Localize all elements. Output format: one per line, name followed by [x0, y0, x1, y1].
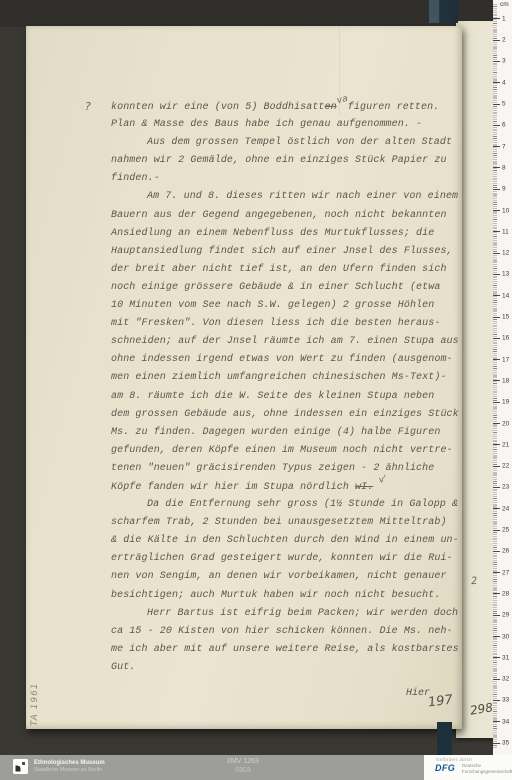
ruler-cm-tick	[493, 466, 500, 467]
ruler-cm-label: 3	[502, 58, 512, 65]
ruler-cm-tick	[493, 359, 500, 360]
typed-text: figuren retten.	[348, 102, 440, 113]
typed-line: ca 15 - 20 Kisten von hier schicken könn…	[111, 623, 463, 641]
typed-line: Hauptansiedlung findet sich auf einer Jn…	[111, 243, 463, 261]
ruler-cm-tick	[493, 380, 500, 381]
ruler-cm-tick	[493, 423, 500, 424]
ruler-cm-tick	[493, 317, 500, 318]
typed-line: erträglichen Grad gesteigert wurde, konn…	[111, 550, 463, 568]
binding-strip-bottom	[437, 722, 452, 756]
ruler-cm-tick	[493, 530, 500, 531]
scan-viewport: ? konnten wir eine (von 5) Boddhisattenv…	[0, 0, 512, 780]
typed-line: am 8. räumte ich die W. Seite des kleine…	[111, 388, 463, 406]
ruler-cm-tick	[493, 487, 500, 488]
funding-pretext: Gefördert durch	[436, 757, 472, 762]
ruler-cm-tick	[493, 274, 500, 275]
typed-line: dem grossen Gebäude aus, ohne indessen e…	[111, 406, 463, 424]
image-number: 0303	[0, 767, 486, 774]
ruler-cm-tick	[493, 231, 500, 232]
shelfmark: I/MV 1263	[0, 758, 486, 765]
ruler-cm-tick	[493, 721, 500, 722]
ruler-cm-label: 11	[502, 228, 512, 235]
ruler-cm-label: 5	[502, 101, 512, 108]
ruler-cm-tick	[493, 679, 500, 680]
typed-line: & die Kälte in den Schluchten durch den …	[111, 532, 463, 550]
ruler-cm-tick	[493, 189, 500, 190]
ruler-cm-label: 10	[502, 207, 512, 214]
digitization-footer: Ethnologisches Museum Staatliche Museen …	[0, 755, 512, 780]
typed-line-with-correction: Köpfe fanden wir hier im Stupa nördlich …	[111, 478, 463, 496]
ruler-cm-label: 22	[502, 463, 512, 470]
ruler-cm-label: 12	[502, 250, 512, 257]
funding-name-line2: Forschungsgemeinschaft	[462, 769, 512, 775]
ruler-cm-tick	[493, 125, 500, 126]
binding-strip-top	[429, 0, 458, 23]
typed-line: gefunden, deren Köpfe einen im Museum no…	[111, 442, 463, 460]
document-page: ? konnten wir eine (von 5) Boddhisattenv…	[26, 26, 462, 729]
typed-letter-body: konnten wir eine (von 5) Boddhisattenvaf…	[111, 98, 463, 677]
typed-line: schneiden; auf der Jnsel räumte ich am 7…	[111, 333, 463, 351]
ruler-cm-tick	[493, 593, 500, 594]
ruler-cm-label: 23	[502, 484, 512, 491]
typed-line: Bauern aus der Gegend angegebenen, noch …	[111, 207, 463, 225]
ruler-cm-label: 19	[502, 399, 512, 406]
ruler-cm-label: 24	[502, 505, 512, 512]
typed-line: nahmen wir 2 Gemälde, ohne ein einziges …	[111, 152, 463, 170]
typed-text: konnten wir eine (von 5) Boddhisatt	[111, 102, 325, 113]
ruler-cm-label: 18	[502, 377, 512, 384]
typed-line: Da die Entfernung sehr gross (1½ Stunde …	[111, 496, 463, 514]
typed-line: Plan & Masse des Baus habe ich genau auf…	[111, 116, 463, 134]
ruler-cm-tick	[493, 636, 500, 637]
typed-line: Aus dem grossen Tempel östlich von der a…	[111, 134, 463, 152]
ruler-cm-label: 31	[502, 654, 512, 661]
typed-line: Ansiedlung an einem Nebenfluss des Murtu…	[111, 225, 463, 243]
ruler-cm-label: 4	[502, 79, 512, 86]
typed-line: Am 7. und 8. dieses ritten wir nach eine…	[111, 188, 463, 206]
ruler: cm 1234567891011121314151617181920212223…	[493, 0, 512, 756]
struck-text: wI.	[355, 482, 373, 493]
ruler-cm-label: 35	[502, 740, 512, 747]
funding-organisation: Deutsche Forschungsgemeinschaft	[462, 763, 512, 774]
typed-text: Köpfe fanden wir hier im Stupa nördlich	[111, 482, 355, 493]
margin-question-mark: ?	[85, 100, 91, 113]
ruler-cm-tick	[493, 444, 500, 445]
ruler-cm-label: 27	[502, 569, 512, 576]
ruler-cm-label: 29	[502, 612, 512, 619]
ruler-cm-tick	[493, 61, 500, 62]
ruler-cm-tick	[493, 572, 500, 573]
ruler-cm-label: 28	[502, 590, 512, 597]
ruler-cm-label: 34	[502, 718, 512, 725]
ruler-cm-label: 32	[502, 676, 512, 683]
ruler-cm-label: 25	[502, 527, 512, 534]
typed-line-with-correction: konnten wir eine (von 5) Boddhisattenvaf…	[111, 98, 463, 116]
ruler-cm-label: 30	[502, 633, 512, 640]
typed-line: nen von Sengim, an denen wir vorbeikamen…	[111, 568, 463, 586]
ruler-cm-label: 13	[502, 271, 512, 278]
ruler-cm-label: 9	[502, 186, 512, 193]
handwritten-page-number: 197	[427, 693, 453, 711]
ruler-cm-label: 1	[502, 15, 512, 22]
ruler-cm-tick	[493, 743, 500, 744]
typed-line: finden.-	[111, 170, 463, 188]
typed-line: der breit aber nicht tief ist, an den Uf…	[111, 261, 463, 279]
typed-line: tenen "neuen" gräcisirenden Typus zeigen…	[111, 460, 463, 478]
ruler-cm-tick	[493, 104, 500, 105]
ruler-cm-tick	[493, 82, 500, 83]
typed-line: Ms. zu finden. Dagegen wurden einige (4)…	[111, 424, 463, 442]
funding-logo-panel: Gefördert durch DFG Deutsche Forschungsg…	[424, 755, 512, 780]
typed-line: mit "Fresken". Von diesen liess ich die …	[111, 315, 463, 333]
ruler-cm-label: 2	[502, 37, 512, 44]
ruler-cm-tick	[493, 508, 500, 509]
ruler-cm-label: 15	[502, 314, 512, 321]
typed-line: besichtigen; auch Murtuk haben wir noch …	[111, 587, 463, 605]
ruler-cm-label: 26	[502, 548, 512, 555]
typed-line: 10 Minuten vom See nach S.W. gelegen) 2 …	[111, 297, 463, 315]
ruler-cm-tick	[493, 167, 500, 168]
ruler-cm-label: 16	[502, 335, 512, 342]
ruler-cm-tick	[493, 18, 500, 19]
typed-line: me ich aber mit auf unsere weitere Reise…	[111, 641, 463, 659]
ruler-cm-label: 21	[502, 441, 512, 448]
ruler-cm-tick	[493, 402, 500, 403]
ruler-cm-tick	[493, 40, 500, 41]
ruler-cm-label: 8	[502, 164, 512, 171]
typed-line: men einen ziemlich umfangreichen chinesi…	[111, 369, 463, 387]
dfg-logo: DFG	[435, 763, 455, 773]
typed-line: noch einige grössere Gebäude & in einer …	[111, 279, 463, 297]
ruler-cm-label: 6	[502, 122, 512, 129]
margin-inventory-note: TA 1961	[30, 682, 40, 726]
typed-line: scharfem Trab, 2 Stunden bei unausgesetz…	[111, 514, 463, 532]
ruler-cm-tick	[493, 551, 500, 552]
ruler-cm-tick	[493, 295, 500, 296]
ruler-cm-tick	[493, 657, 500, 658]
ruler-unit-label: cm	[500, 1, 509, 8]
typed-line: Gut.	[111, 659, 463, 677]
ruler-cm-tick	[493, 338, 500, 339]
ruler-cm-label: 33	[502, 697, 512, 704]
ruler-cm-label: 14	[502, 292, 512, 299]
typed-line: Herr Bartus ist eifrig beim Packen; wir …	[111, 605, 463, 623]
ruler-cm-tick	[493, 210, 500, 211]
ruler-cm-tick	[493, 146, 500, 147]
ruler-cm-label: 17	[502, 356, 512, 363]
ruler-cm-label: 7	[502, 143, 512, 150]
ruler-cm-label: 20	[502, 420, 512, 427]
handwritten-sliver-mark: 2	[471, 576, 478, 588]
ruler-cm-tick	[493, 615, 500, 616]
typed-line: ohne indessen irgend etwas von Wert zu f…	[111, 351, 463, 369]
ruler-cm-tick	[493, 253, 500, 254]
struck-text: en	[325, 102, 337, 113]
ruler-cm-tick	[493, 700, 500, 701]
